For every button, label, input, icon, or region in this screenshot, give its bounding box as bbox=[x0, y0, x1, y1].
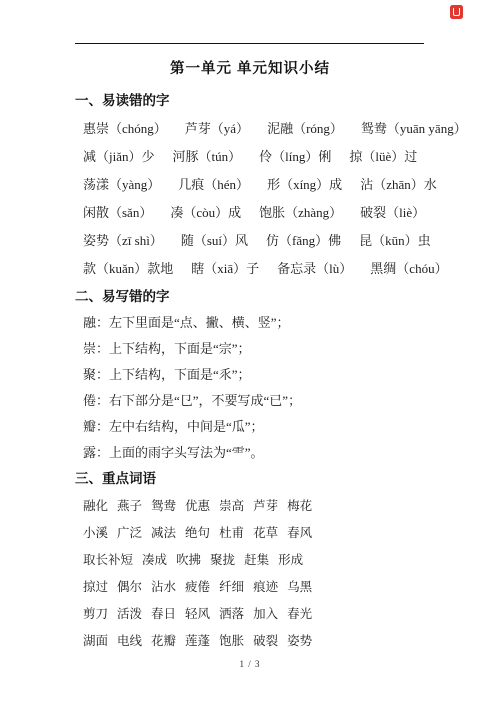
word-item: 伶（líng）俐 bbox=[259, 146, 331, 165]
miswrite-note: 倦：右下部分是“㔾”，不要写成“已”； bbox=[83, 388, 440, 414]
word-item: 春日 bbox=[151, 604, 176, 622]
word-item: 瞎（xiā）子 bbox=[191, 258, 259, 277]
word-item: 广泛 bbox=[117, 523, 142, 541]
word-item: 疲倦 bbox=[185, 577, 210, 595]
word-row: 姿势（zī shì）随（suí）风仿（fǎng）佛昆（kūn）虫 bbox=[83, 225, 440, 253]
miswrite-note: 露：上面的雨字头写法为“⻗”。 bbox=[83, 440, 440, 466]
miswrite-note: 崇：上下结构，下面是“宗”； bbox=[83, 336, 440, 362]
word-item: 掠（lüè）过 bbox=[349, 146, 417, 165]
word-item: 荡漾（yàng） bbox=[83, 174, 160, 193]
word-item: 燕子 bbox=[117, 496, 142, 514]
section-2-items: 融：左下里面是“点、撇、横、竖”；崇：上下结构，下面是“宗”；聚：上下结构，下面… bbox=[83, 310, 440, 466]
word-item: 闲散（sǎn） bbox=[83, 202, 152, 221]
word-item: 乌黑 bbox=[287, 577, 312, 595]
word-item: 凑（còu）成 bbox=[170, 202, 241, 221]
section-1-heading: 一、易读错的字 bbox=[75, 92, 440, 110]
word-item: 取长补短 bbox=[83, 550, 133, 568]
word-item: 减（jiǎn）少 bbox=[83, 146, 155, 165]
word-item: 形（xíng）成 bbox=[267, 174, 342, 193]
word-item: 姿势 bbox=[287, 631, 312, 649]
word-item: 仿（fǎng）佛 bbox=[266, 230, 341, 249]
red-badge-glyph bbox=[453, 8, 460, 16]
word-item: 沾水 bbox=[151, 577, 176, 595]
word-item: 优惠 bbox=[185, 496, 210, 514]
word-row: 融化燕子鸳鸯优惠崇高芦芽梅花 bbox=[83, 491, 440, 518]
word-item: 昆（kūn）虫 bbox=[359, 230, 431, 249]
document-page: 第一单元 单元知识小结 一、易读错的字 惠崇（chóng）芦芽（yá）泥融（ró… bbox=[0, 0, 500, 707]
word-item: 破裂 bbox=[253, 631, 278, 649]
word-item: 泥融（róng） bbox=[267, 118, 343, 137]
word-item: 杜甫 bbox=[219, 523, 244, 541]
red-badge-icon bbox=[450, 5, 463, 19]
section-3-heading: 三、重点词语 bbox=[75, 470, 440, 488]
word-item: 电线 bbox=[117, 631, 142, 649]
word-row: 剪刀活泼春日轻风洒落加入春光 bbox=[83, 599, 440, 626]
word-item: 剪刀 bbox=[83, 604, 108, 622]
word-item: 春风 bbox=[287, 523, 312, 541]
miswrite-note: 融：左下里面是“点、撇、横、竖”； bbox=[83, 310, 440, 336]
word-item: 花瓣 bbox=[151, 631, 176, 649]
word-item: 随（suí）风 bbox=[181, 230, 248, 249]
section-2-heading: 二、易写错的字 bbox=[75, 288, 440, 306]
header-rule bbox=[75, 43, 424, 44]
word-item: 赶集 bbox=[244, 550, 269, 568]
word-item: 饱胀（zhàng） bbox=[259, 202, 342, 221]
word-item: 姿势（zī shì） bbox=[83, 230, 163, 249]
word-item: 活泼 bbox=[117, 604, 142, 622]
word-row: 款（kuǎn）款地瞎（xiā）子备忘录（lù）黑绸（chóu） bbox=[83, 253, 440, 281]
word-item: 吹拂 bbox=[176, 550, 201, 568]
word-item: 聚拢 bbox=[210, 550, 235, 568]
word-item: 偶尔 bbox=[117, 577, 142, 595]
word-item: 梅花 bbox=[287, 496, 312, 514]
word-item: 崇高 bbox=[219, 496, 244, 514]
word-item: 痕迹 bbox=[253, 577, 278, 595]
word-item: 芦芽（yá） bbox=[185, 118, 249, 137]
word-row: 惠崇（chóng）芦芽（yá）泥融（róng）鸳鸯（yuān yāng） bbox=[83, 113, 440, 141]
word-item: 鸳鸯 bbox=[151, 496, 176, 514]
word-item: 芦芽 bbox=[253, 496, 278, 514]
word-row: 小溪广泛减法绝句杜甫花草春风 bbox=[83, 518, 440, 545]
word-item: 款（kuǎn）款地 bbox=[83, 258, 173, 277]
section-1-rows: 惠崇（chóng）芦芽（yá）泥融（róng）鸳鸯（yuān yāng）减（ji… bbox=[83, 113, 440, 281]
word-item: 破裂（liè） bbox=[360, 202, 425, 221]
word-item: 莲蓬 bbox=[185, 631, 210, 649]
miswrite-note: 瓣：左中右结构，中间是“瓜”； bbox=[83, 414, 440, 440]
word-item: 形成 bbox=[278, 550, 303, 568]
word-item: 掠过 bbox=[83, 577, 108, 595]
word-item: 黑绸（chóu） bbox=[370, 258, 447, 277]
word-item: 沾（zhān）水 bbox=[360, 174, 437, 193]
word-item: 融化 bbox=[83, 496, 108, 514]
word-item: 凑成 bbox=[142, 550, 167, 568]
word-item: 几痕（hén） bbox=[178, 174, 249, 193]
word-row: 减（jiǎn）少河豚（tún）伶（líng）俐掠（lüè）过 bbox=[83, 141, 440, 169]
word-item: 惠崇（chóng） bbox=[83, 118, 167, 137]
word-item: 河豚（tún） bbox=[173, 146, 242, 165]
page-title: 第一单元 单元知识小结 bbox=[0, 57, 500, 78]
word-row: 闲散（sǎn）凑（còu）成饱胀（zhàng）破裂（liè） bbox=[83, 197, 440, 225]
word-item: 绝句 bbox=[185, 523, 210, 541]
word-row: 荡漾（yàng）几痕（hén）形（xíng）成沾（zhān）水 bbox=[83, 169, 440, 197]
word-item: 湖面 bbox=[83, 631, 108, 649]
word-item: 轻风 bbox=[185, 604, 210, 622]
section-3-rows: 融化燕子鸳鸯优惠崇高芦芽梅花小溪广泛减法绝句杜甫花草春风取长补短凑成吹拂聚拢赶集… bbox=[83, 491, 440, 653]
word-item: 纤细 bbox=[219, 577, 244, 595]
word-row: 掠过偶尔沾水疲倦纤细痕迹乌黑 bbox=[83, 572, 440, 599]
document-content: 一、易读错的字 惠崇（chóng）芦芽（yá）泥融（róng）鸳鸯（yuān y… bbox=[0, 92, 500, 653]
word-item: 春光 bbox=[287, 604, 312, 622]
word-item: 鸳鸯（yuān yāng） bbox=[361, 118, 467, 137]
word-item: 洒落 bbox=[219, 604, 244, 622]
word-item: 备忘录（lù） bbox=[277, 258, 352, 277]
word-item: 花草 bbox=[253, 523, 278, 541]
word-row: 湖面电线花瓣莲蓬饱胀破裂姿势 bbox=[83, 626, 440, 653]
page-number: 1 / 3 bbox=[0, 659, 500, 669]
miswrite-note: 聚：上下结构，下面是“乑”； bbox=[83, 362, 440, 388]
word-item: 加入 bbox=[253, 604, 278, 622]
word-item: 减法 bbox=[151, 523, 176, 541]
word-item: 小溪 bbox=[83, 523, 108, 541]
word-item: 饱胀 bbox=[219, 631, 244, 649]
word-row: 取长补短凑成吹拂聚拢赶集形成 bbox=[83, 545, 440, 572]
